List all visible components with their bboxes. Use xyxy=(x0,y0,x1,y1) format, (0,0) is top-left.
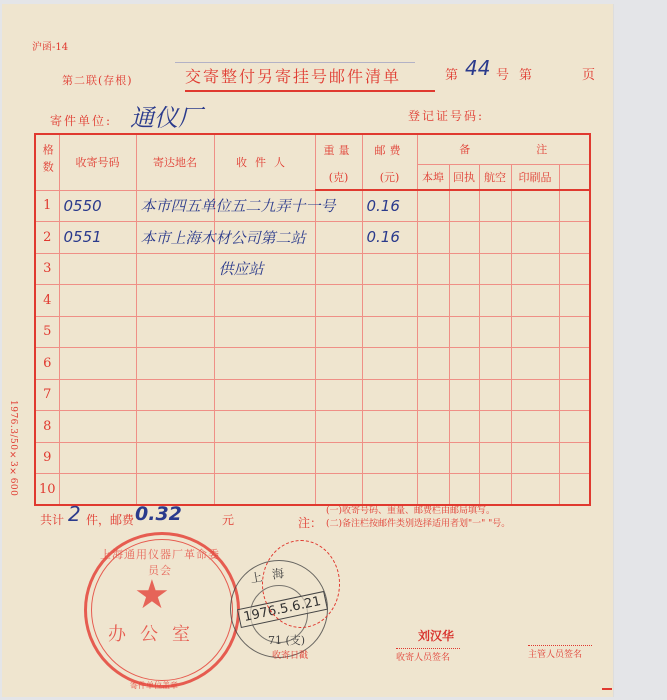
row-remark-cell xyxy=(559,285,590,317)
row-remark-cell xyxy=(559,316,590,348)
row-postage xyxy=(362,442,417,474)
row-remark-cell xyxy=(449,379,479,411)
row-index: 8 xyxy=(35,411,59,443)
row-weight xyxy=(315,222,362,254)
row-index: 7 xyxy=(35,379,59,411)
header-postage-unit: (元) xyxy=(362,164,417,190)
row-postage xyxy=(362,285,417,317)
row-remark-cell xyxy=(449,348,479,380)
header-remark-printed: 印刷品 xyxy=(511,164,559,190)
row-remark-cell xyxy=(511,474,559,506)
row-tracking-no: 0550 xyxy=(59,190,136,222)
row-tracking-no xyxy=(59,348,136,380)
table-row: 5 xyxy=(35,316,590,348)
row-destination xyxy=(136,348,214,380)
row-remark-cell xyxy=(417,379,449,411)
row-weight xyxy=(315,474,362,506)
row-destination xyxy=(136,474,214,506)
row-destination xyxy=(136,285,214,317)
total-count: 2 xyxy=(68,502,81,526)
row-remark-cell xyxy=(559,190,590,222)
row-tracking-no xyxy=(59,474,136,506)
row-remark-cell xyxy=(511,348,559,380)
header-remark-local: 本埠 xyxy=(417,164,449,190)
corner-mark xyxy=(602,688,612,690)
row-remark-cell xyxy=(417,285,449,317)
row-remark-cell xyxy=(417,190,449,222)
postmark-caption: 收寄日戳 xyxy=(272,648,308,661)
row-weight xyxy=(315,348,362,380)
header-postage: 邮费 xyxy=(362,134,417,164)
row-remark-cell xyxy=(559,474,590,506)
total-count-unit: 件，邮费 xyxy=(86,511,134,528)
row-tracking-no xyxy=(59,442,136,474)
sender-value: 通仪厂 xyxy=(130,98,202,133)
total-postage: 0.32 xyxy=(135,503,182,525)
table-row: 3供应站 xyxy=(35,253,590,285)
row-postage xyxy=(362,474,417,506)
copy-label: 第二联(存根) xyxy=(62,72,133,88)
header-weight-unit: (克) xyxy=(315,164,362,190)
row-recipient xyxy=(214,411,315,443)
row-destination xyxy=(136,411,214,443)
row-destination xyxy=(136,442,214,474)
list-number-prefix: 第 xyxy=(445,64,458,83)
row-remark-cell xyxy=(417,222,449,254)
row-index: 9 xyxy=(35,442,59,474)
postmark-code: 71 (支) xyxy=(268,632,305,648)
row-postage xyxy=(362,253,417,285)
seal-office-text: 办公室 xyxy=(108,620,204,646)
row-remark-cell xyxy=(511,379,559,411)
row-weight xyxy=(315,379,362,411)
row-remark-cell xyxy=(449,285,479,317)
seal-caption: 寄件单位盖章 xyxy=(130,680,178,691)
notes: (一)收寄号码、重量、邮费栏由邮局填写。 (二)备注栏按邮件类别选择适用者划"一… xyxy=(326,505,510,531)
row-destination: 本市四五单位五二九弄十一号 xyxy=(136,190,214,222)
row-remark-cell xyxy=(449,411,479,443)
row-remark-cell xyxy=(479,474,511,506)
row-tracking-no xyxy=(59,285,136,317)
row-index: 6 xyxy=(35,348,59,380)
row-index: 3 xyxy=(35,253,59,285)
row-remark-cell xyxy=(417,348,449,380)
table-row: 6 xyxy=(35,348,590,380)
total-label: 共计 xyxy=(40,511,64,528)
row-postage xyxy=(362,411,417,443)
table-row: 7 xyxy=(35,379,590,411)
row-remark-cell xyxy=(417,442,449,474)
row-remark-cell xyxy=(559,348,590,380)
row-recipient xyxy=(214,285,315,317)
row-index: 2 xyxy=(35,222,59,254)
row-remark-cell xyxy=(417,474,449,506)
table-row: 9 xyxy=(35,442,590,474)
row-remark-cell xyxy=(511,316,559,348)
list-number-value: 44 xyxy=(465,56,490,80)
header-destination: 寄达地名 xyxy=(136,134,214,190)
row-remark-cell xyxy=(417,411,449,443)
header-index: 格数 xyxy=(35,134,59,190)
row-remark-cell xyxy=(559,442,590,474)
print-info: 1976.3/50×3×600 xyxy=(8,400,18,496)
row-remark-cell xyxy=(449,190,479,222)
row-remark-cell xyxy=(449,316,479,348)
row-remark-cell xyxy=(511,222,559,254)
row-remark-cell xyxy=(479,316,511,348)
postmark-placeholder-circle xyxy=(262,540,340,628)
row-remark-cell xyxy=(417,316,449,348)
row-remark-cell xyxy=(511,253,559,285)
row-remark-cell xyxy=(479,442,511,474)
row-destination xyxy=(136,379,214,411)
row-weight xyxy=(315,285,362,317)
header-recipient: 收件人 xyxy=(214,134,315,190)
form-number: 沪函-14 xyxy=(32,38,68,53)
row-remark-cell xyxy=(449,474,479,506)
row-remark-cell xyxy=(479,190,511,222)
header-remark-blank xyxy=(559,164,590,190)
sender-label: 寄件单位: xyxy=(50,112,112,129)
row-remark-cell xyxy=(511,285,559,317)
row-remark-cell xyxy=(479,348,511,380)
table-row: 4 xyxy=(35,285,590,317)
row-postage xyxy=(362,379,417,411)
row-remark-cell xyxy=(511,442,559,474)
row-remark-cell xyxy=(449,442,479,474)
row-recipient: 供应站 xyxy=(214,253,315,285)
row-index: 1 xyxy=(35,190,59,222)
row-weight xyxy=(315,316,362,348)
list-number-suffix: 号第 xyxy=(496,64,542,83)
registration-number-label: 登记证号码: xyxy=(408,107,484,124)
row-destination xyxy=(136,253,214,285)
row-remark-cell xyxy=(511,190,559,222)
clerk-signature-label: 收寄人员签名 xyxy=(396,648,460,663)
row-remark-cell xyxy=(449,222,479,254)
row-recipient xyxy=(214,348,315,380)
row-remark-cell xyxy=(511,411,559,443)
row-remark-cell xyxy=(417,253,449,285)
row-recipient xyxy=(214,474,315,506)
supervisor-signature-label: 主管人员签名 xyxy=(528,645,592,660)
row-weight xyxy=(315,411,362,443)
title-overline xyxy=(175,62,415,63)
row-remark-cell xyxy=(559,253,590,285)
header-weight: 重量 xyxy=(315,134,362,164)
row-tracking-no xyxy=(59,411,136,443)
clerk-signature-stamp: 刘汉华 xyxy=(418,627,454,644)
page-label: 页 xyxy=(582,64,595,83)
row-destination xyxy=(136,316,214,348)
row-index: 10 xyxy=(35,474,59,506)
row-index: 5 xyxy=(35,316,59,348)
row-tracking-no xyxy=(59,253,136,285)
table-row: 20551本市上海木材公司第二站0.16 xyxy=(35,222,590,254)
row-remark-cell xyxy=(559,222,590,254)
row-recipient xyxy=(214,442,315,474)
note-line-1: (一)收寄号码、重量、邮费栏由邮局填写。 xyxy=(326,505,510,518)
form-title: 交寄整付另寄挂号邮件清单 xyxy=(185,64,435,92)
row-destination: 本市上海木材公司第二站 xyxy=(136,222,214,254)
total-postage-unit: 元 xyxy=(222,511,234,528)
header-remarks: 备 注 xyxy=(417,134,590,164)
row-remark-cell xyxy=(449,253,479,285)
table-row: 10 xyxy=(35,474,590,506)
row-tracking-no: 0551 xyxy=(59,222,136,254)
header-tracking-no: 收寄号码 xyxy=(59,134,136,190)
table-row: 10550本市四五单位五二九弄十一号0.16 xyxy=(35,190,590,222)
notes-label: 注： xyxy=(298,514,322,531)
row-recipient xyxy=(214,316,315,348)
row-postage: 0.16 xyxy=(362,222,417,254)
row-recipient xyxy=(214,379,315,411)
row-remark-cell xyxy=(479,222,511,254)
row-remark-cell xyxy=(479,285,511,317)
table-row: 8 xyxy=(35,411,590,443)
row-remark-cell xyxy=(479,379,511,411)
row-index: 4 xyxy=(35,285,59,317)
row-postage xyxy=(362,316,417,348)
row-weight xyxy=(315,442,362,474)
row-postage: 0.16 xyxy=(362,190,417,222)
row-remark-cell xyxy=(479,253,511,285)
header-remark-receipt: 回执 xyxy=(449,164,479,190)
row-tracking-no xyxy=(59,379,136,411)
header-remark-airmail: 航空 xyxy=(479,164,511,190)
row-tracking-no xyxy=(59,316,136,348)
star-icon: ★ xyxy=(134,572,170,618)
row-postage xyxy=(362,348,417,380)
row-remark-cell xyxy=(559,411,590,443)
note-line-2: (二)备注栏按邮件类别选择适用者划"一" "号。 xyxy=(326,518,510,531)
row-remark-cell xyxy=(559,379,590,411)
row-weight xyxy=(315,253,362,285)
mail-items-table: 格数 收寄号码 寄达地名 收件人 重量 邮费 备 注 (克) (元) 本埠 回执… xyxy=(34,133,591,506)
row-remark-cell xyxy=(479,411,511,443)
